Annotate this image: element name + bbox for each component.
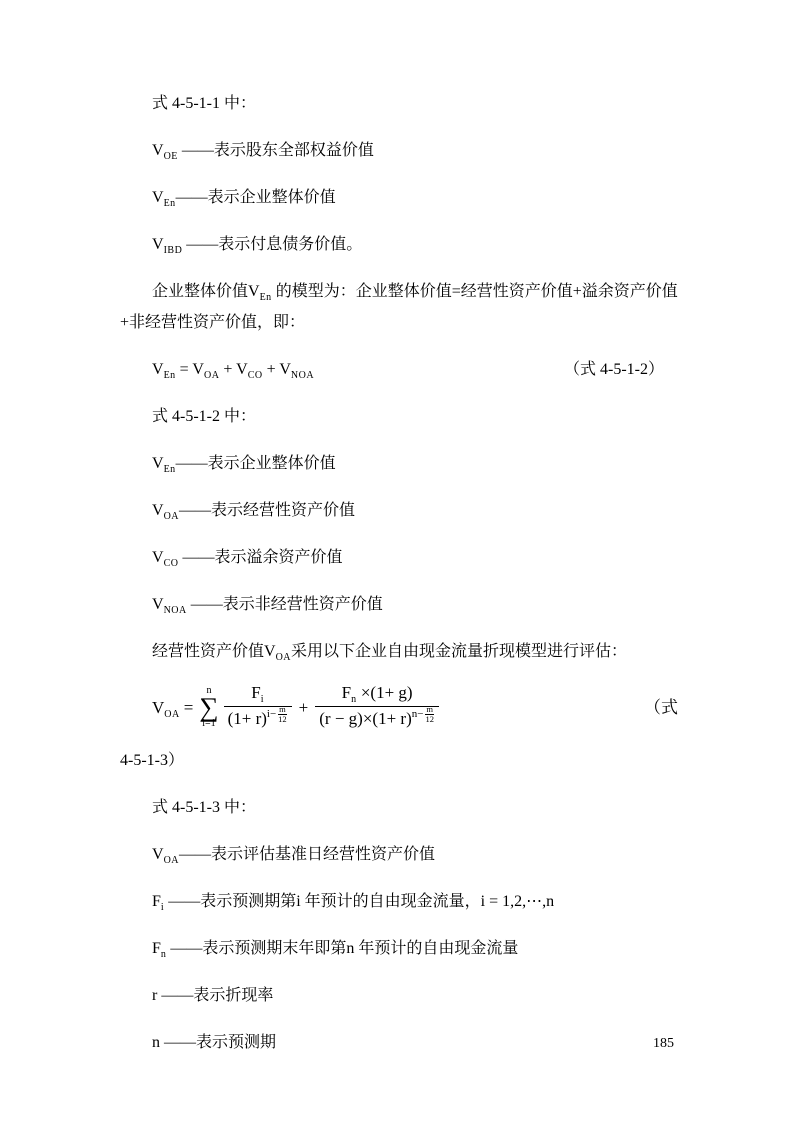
sigma-icon: ∑ — [199, 696, 218, 719]
definition3-voa: VOA——表示评估基准日经营性资产价值 — [120, 839, 678, 870]
definition3-voa-text: ——表示评估基准日经营性资产价值 — [179, 846, 435, 863]
formula-ref-4-5-1-2: 式 4-5-1-2 中： — [120, 401, 678, 432]
paragraph-enterprise-value-model: 企业整体价值VEn 的模型为：企业整体价值=经营性资产价值+溢余资产价值+非经营… — [120, 276, 678, 338]
definition-vibd: VIBD ——表示付息债务价值。 — [120, 229, 678, 260]
exponent: i−m12 — [267, 705, 288, 725]
symbol-voa: VOA — [152, 502, 179, 519]
fraction-denominator: (1+ r)i−m12 — [224, 706, 292, 731]
summation-lower-limit: i=1 — [202, 718, 215, 729]
symbol-fn: Fn — [152, 940, 166, 957]
equation-tag-4-5-1-3-continuation: 4-5-1-3） — [120, 745, 678, 776]
formula-ref-4-5-1-3: 式 4-5-1-3 中： — [120, 792, 678, 823]
formula-ven-sum: VEn = VOA + VCO + VNOA — [152, 354, 314, 385]
fraction-denominator: (r − g)×(1+ r)n−m12 — [315, 706, 439, 731]
symbol-vnoa: VNOA — [152, 596, 187, 613]
paragraph-text-before: 企业整体价值 — [152, 283, 248, 300]
definition2-voa-text: ——表示经营性资产价值 — [179, 502, 355, 519]
definition-voe-text: ——表示股东全部权益价值 — [178, 142, 374, 159]
fraction-numerator: Fi — [245, 682, 270, 706]
symbol-vco: VCO — [152, 549, 178, 566]
symbol-ven-inline: VEn — [248, 283, 272, 300]
definition-ven: VEn——表示企业整体价值 — [120, 182, 678, 213]
symbol-voa-inline: VOA — [264, 643, 291, 660]
plus-sign: + — [299, 692, 309, 723]
fraction-forecast-term: Fi (1+ r)i−m12 — [224, 682, 292, 731]
definition2-ven-text: ——表示企业整体价值 — [176, 455, 336, 472]
exponent-mini-fraction: m12 — [277, 705, 288, 725]
page-content: 式 4-5-1-1 中： VOE ——表示股东全部权益价值 VEn——表示企业整… — [120, 0, 678, 1074]
symbol-voe: VOE — [152, 142, 178, 159]
fraction-terminal-term: Fn ×(1+ g) (r − g)×(1+ r)n−m12 — [315, 682, 439, 731]
definition3-fi: Fi ——表示预测期第i 年预计的自由现金流量，i = 1,2,⋯,n — [120, 886, 678, 917]
formula-lhs-voa: VOA — [152, 692, 180, 723]
symbol-fi: Fi — [152, 893, 164, 910]
definition2-vnoa: VNOA ——表示非经营性资产价值 — [120, 589, 678, 620]
definition-ven-text: ——表示企业整体价值 — [176, 189, 336, 206]
formula-dcf: VOA = n ∑ i=1 Fi (1+ r)i−m12 + Fn ×(1+ g… — [152, 682, 442, 731]
equation-tag-4-5-1-2: （式 4-5-1-2） — [564, 354, 664, 385]
definition2-vnoa-text: ——表示非经营性资产价值 — [187, 596, 383, 613]
summation-symbol: n ∑ i=1 — [199, 685, 218, 730]
definition3-fn: Fn ——表示预测期末年即第n 年预计的自由现金流量 — [120, 933, 678, 964]
symbol-ven: VEn — [152, 189, 176, 206]
paragraph-voa-dcf-intro: 经营性资产价值VOA采用以下企业自由现金流量折现模型进行评估： — [120, 636, 678, 667]
definition3-fn-text: ——表示预测期末年即第n 年预计的自由现金流量 — [166, 940, 518, 957]
definition-voe: VOE ——表示股东全部权益价值 — [120, 135, 678, 166]
exponent: n−m12 — [412, 705, 435, 725]
equation-tag-4-5-1-3-open: （式 — [644, 692, 678, 723]
equation-4-5-1-3: VOA = n ∑ i=1 Fi (1+ r)i−m12 + Fn ×(1+ g… — [120, 675, 678, 739]
page-number: 185 — [653, 1036, 674, 1052]
definition-vibd-text: ——表示付息债务价值。 — [182, 236, 362, 253]
symbol-vibd: VIBD — [152, 236, 182, 253]
paragraph-text-after: 采用以下企业自由现金流量折现模型进行评估： — [291, 643, 627, 660]
symbol-ven: VEn — [152, 455, 176, 472]
definition2-vco-text: ——表示溢余资产价值 — [178, 549, 342, 566]
formula-ref-4-5-1-1: 式 4-5-1-1 中： — [120, 88, 678, 119]
definition2-voa: VOA——表示经营性资产价值 — [120, 495, 678, 526]
equation-4-5-1-2: VEn = VOA + VCO + VNOA （式 4-5-1-2） — [120, 354, 678, 385]
exponent-mini-fraction: m12 — [424, 705, 435, 725]
definition3-fi-text: ——表示预测期第i 年预计的自由现金流量，i = 1,2,⋯,n — [164, 893, 554, 910]
definition2-ven: VEn——表示企业整体价值 — [120, 448, 678, 479]
definition3-r: r ——表示折现率 — [120, 980, 678, 1011]
symbol-voa: VOA — [152, 846, 179, 863]
equals-sign: = — [184, 692, 194, 723]
paragraph-text-before: 经营性资产价值 — [152, 643, 264, 660]
document-page: 式 4-5-1-1 中： VOE ——表示股东全部权益价值 VEn——表示企业整… — [0, 0, 793, 1122]
definition2-vco: VCO ——表示溢余资产价值 — [120, 542, 678, 573]
fraction-numerator: Fn ×(1+ g) — [336, 682, 419, 706]
definition3-n: n ——表示预测期 — [120, 1027, 678, 1058]
